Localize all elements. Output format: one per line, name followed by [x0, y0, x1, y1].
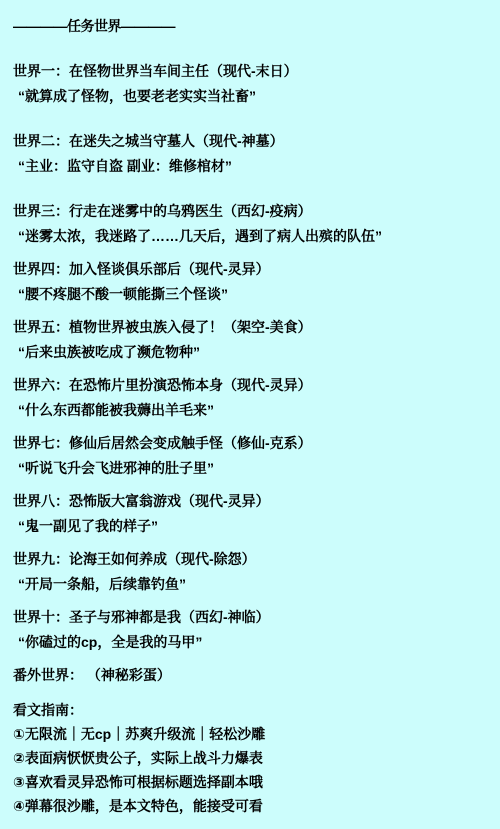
- guide-item-1: ①无限流｜无cp｜苏爽升级流｜轻松沙雕: [13, 722, 492, 746]
- world-title: 世界四：加入怪谈俱乐部后（现代-灵异）: [13, 257, 492, 282]
- world-quote: “你磕过的cp，全是我的马甲”: [13, 630, 492, 655]
- world-title: 世界一：在怪物世界当车间主任（现代-末日）: [13, 59, 492, 84]
- world-entry-7: 世界七：修仙后居然会变成触手怪（修仙-克系） “听说飞升会飞进邪神的肚子里”: [13, 431, 492, 481]
- world-title: 世界三：行走在迷雾中的乌鸦医生（西幻-疫病）: [13, 199, 492, 224]
- world-entry-8: 世界八：恐怖版大富翁游戏（现代-灵异） “鬼一副见了我的样子”: [13, 489, 492, 539]
- world-entry-6: 世界六：在恐怖片里扮演恐怖本身（现代-灵异） “什么东西都能被我薅出羊毛来”: [13, 373, 492, 423]
- extra-world-line: 番外世界： （神秘彩蛋）: [13, 663, 492, 688]
- world-quote: “什么东西都能被我薅出羊毛来”: [13, 398, 492, 423]
- world-title: 世界六：在恐怖片里扮演恐怖本身（现代-灵异）: [13, 373, 492, 398]
- world-title: 世界五：植物世界被虫族入侵了！（架空-美食）: [13, 315, 492, 340]
- guide-item-3: ③喜欢看灵异恐怖可根据标题选择副本哦: [13, 770, 492, 794]
- guide-item-4: ④弹幕很沙雕，是本文特色，能接受可看: [13, 794, 492, 818]
- world-title: 世界十：圣子与邪神都是我（西幻-神临）: [13, 605, 492, 630]
- world-entry-10: 世界十：圣子与邪神都是我（西幻-神临） “你磕过的cp，全是我的马甲”: [13, 605, 492, 655]
- world-entry-9: 世界九：论海王如何养成（现代-除怨） “开局一条船，后续靠钓鱼”: [13, 547, 492, 597]
- world-entry-5: 世界五：植物世界被虫族入侵了！（架空-美食） “后来虫族被吃成了濒危物种”: [13, 315, 492, 365]
- world-quote: “听说飞升会飞进邪神的肚子里”: [13, 456, 492, 481]
- reading-guide: 看文指南： ①无限流｜无cp｜苏爽升级流｜轻松沙雕 ②表面病恹恹贵公子，实际上战…: [13, 698, 492, 818]
- world-title: 世界七：修仙后居然会变成触手怪（修仙-克系）: [13, 431, 492, 456]
- world-quote: “开局一条船，后续靠钓鱼”: [13, 572, 492, 597]
- world-quote: “鬼一副见了我的样子”: [13, 514, 492, 539]
- world-quote: “后来虫族被吃成了濒危物种”: [13, 340, 492, 365]
- world-entry-2: 世界二：在迷失之城当守墓人（现代-神墓） “主业：监守自盗 副业：维修棺材”: [13, 129, 492, 179]
- guide-title: 看文指南：: [13, 698, 492, 722]
- world-entry-3: 世界三：行走在迷雾中的乌鸦医生（西幻-疫病） “迷雾太浓，我迷路了……几天后，遇…: [13, 199, 492, 249]
- world-quote: “主业：监守自盗 副业：维修棺材”: [13, 154, 492, 179]
- world-quote: “迷雾太浓，我迷路了……几天后，遇到了病人出殡的队伍”: [13, 224, 492, 249]
- world-title: 世界二：在迷失之城当守墓人（现代-神墓）: [13, 129, 492, 154]
- world-quote: “就算成了怪物，也要老老实实当社畜”: [13, 84, 492, 109]
- world-list: 世界一：在怪物世界当车间主任（现代-末日） “就算成了怪物，也要老老实实当社畜”…: [13, 59, 492, 655]
- world-title: 世界九：论海王如何养成（现代-除怨）: [13, 547, 492, 572]
- world-entry-1: 世界一：在怪物世界当车间主任（现代-末日） “就算成了怪物，也要老老实实当社畜”: [13, 59, 492, 109]
- novel-intro-page: ————任务世界———— 世界一：在怪物世界当车间主任（现代-末日） “就算成了…: [13, 14, 492, 818]
- world-quote: “腰不疼腿不酸一顿能撕三个怪谈”: [13, 282, 492, 307]
- world-title: 世界八：恐怖版大富翁游戏（现代-灵异）: [13, 489, 492, 514]
- world-entry-4: 世界四：加入怪谈俱乐部后（现代-灵异） “腰不疼腿不酸一顿能撕三个怪谈”: [13, 257, 492, 307]
- section-header-task-worlds: ————任务世界————: [13, 14, 492, 39]
- guide-item-2: ②表面病恹恹贵公子，实际上战斗力爆表: [13, 746, 492, 770]
